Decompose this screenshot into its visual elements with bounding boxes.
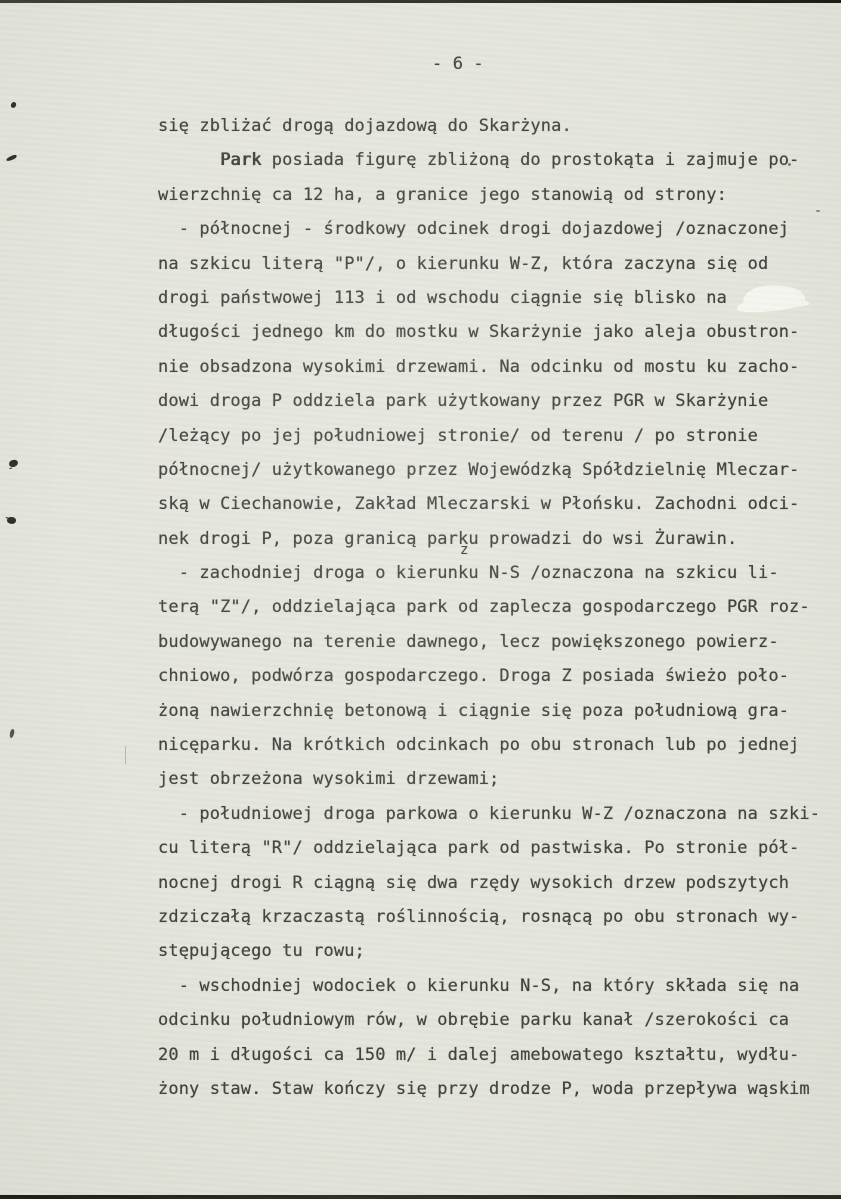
text-line: nie obsadzona wysokimi drzewami. Na odci… <box>158 350 820 384</box>
text-line: - zachodniej droga o kierunku N-S /oznac… <box>158 556 820 590</box>
body-text: się zbliżać drogą dojazdową do Skarżyna.… <box>158 109 820 1106</box>
overstruck-word-park: Park <box>158 143 261 177</box>
ink-speck <box>8 459 19 468</box>
typed-correction-letter: z <box>460 543 469 557</box>
text-line: chniowo, podwórza gospodarczego. Droga Z… <box>158 659 820 693</box>
text-line: wierzchnię ca 12 ha, a granice jego stan… <box>158 178 820 212</box>
text-line: długości jednego km do mostku w Skarżyni… <box>158 315 820 349</box>
text-line: północnej/ użytkowanego przez Wojewódzką… <box>158 453 820 487</box>
scan-edge-bottom <box>0 1195 841 1199</box>
scanned-document-page: - 6 - się zbliżać drogą dojazdową do Ska… <box>0 0 841 1199</box>
text-line: nocnej drogi R ciągną się dwa rzędy wyso… <box>158 866 820 900</box>
page-number: - 6 - <box>432 54 484 74</box>
ink-speck <box>6 154 18 162</box>
text-line: jest obrzeżona wysokimi drzewami; <box>158 762 820 796</box>
ink-speck <box>9 729 15 739</box>
text-line: drogi państwowej 113 i od wschodu ciągni… <box>158 281 820 315</box>
text-line: terą "Z"/, oddzielająca park od zaplecza… <box>158 590 820 624</box>
text-line: - północnej - środkowy odcinek drogi doj… <box>158 212 820 246</box>
text-line: odcinku południowym rów, w obrębie parku… <box>158 1003 820 1037</box>
text-line: zdziczałą krzaczastą roślinnością, rosną… <box>158 900 820 934</box>
ink-speck <box>7 516 17 524</box>
text-line: 20 m i długości ca 150 m/ i dalej amebow… <box>158 1038 820 1072</box>
text-line: ską w Ciechanowie, Zakład Mleczarski w P… <box>158 487 820 521</box>
text-line: cu literą "R"/ oddzielająca park od past… <box>158 831 820 865</box>
text-line: nek drogi P, poza granicą parku prowadzi… <box>158 522 820 556</box>
ink-speck <box>816 210 820 212</box>
text-line: /leżący po jej południowej stronie/ od t… <box>158 419 820 453</box>
ink-speck <box>10 101 17 108</box>
text-line: - południowej droga parkowa o kierunku W… <box>158 797 820 831</box>
scan-scratch <box>125 746 126 764</box>
text-line: dowi droga P oddziela park użytkowany pr… <box>158 384 820 418</box>
text-line: nicęparku. Na krótkich odcinkach po obu … <box>158 728 820 762</box>
text-line: na szkicu literą "P"/, o kierunku W-Z, k… <box>158 247 820 281</box>
text-line: budowywanego na terenie dawnego, lecz po… <box>158 625 820 659</box>
text-line: żony staw. Staw kończy się przy drodze P… <box>158 1072 820 1106</box>
text-line: stępującego tu rowu; <box>158 934 820 968</box>
text-line: żoną nawierzchnię betonową i ciągnie się… <box>158 694 820 728</box>
text-line: się zbliżać drogą dojazdową do Skarżyna. <box>158 109 820 143</box>
text-line: - wschodniej wodociek o kierunku N-S, na… <box>158 969 820 1003</box>
scan-edge-top <box>0 0 841 3</box>
